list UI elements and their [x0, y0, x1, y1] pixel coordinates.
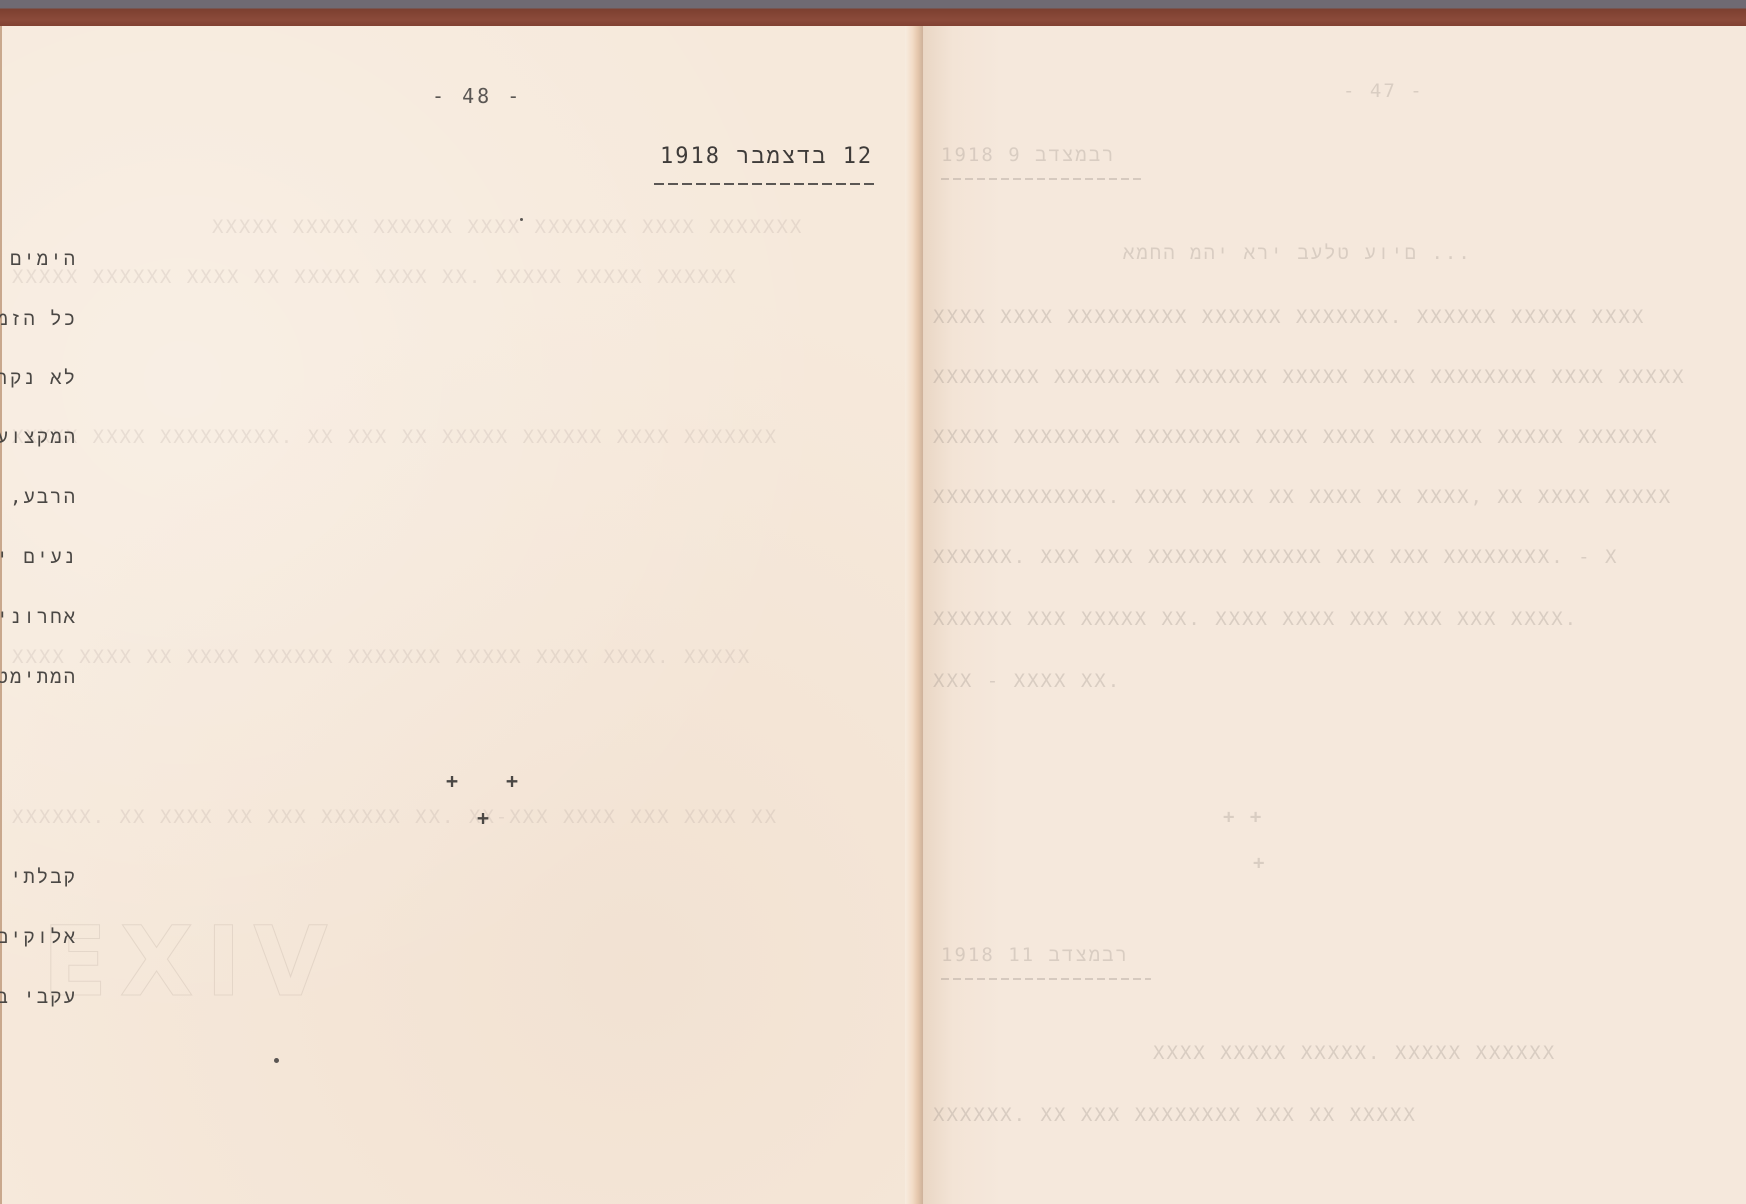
- bleed-through-ornament: + +: [1223, 806, 1263, 828]
- diary-line: אחרונים יושבים אנו, ליזרוב, דולינסקי, וא…: [0, 606, 77, 629]
- diary-line: אלוקים ! ! פאניה, כטדומני תגיע מחר. רוצה…: [0, 926, 77, 949]
- bleed-through-text: XXXXXX XXX XXXXX XX. XXXX XXXX XXX XXX X…: [933, 608, 1578, 630]
- diary-line: נעים יהא לקבלה. אשתדל לענות במקצועות העי…: [0, 546, 77, 569]
- bleed-through-ornament: +: [1253, 852, 1266, 874]
- diary-line: הימים האחרונים חולפים בעצלתים וללא ענין.: [0, 248, 77, 271]
- bleed-through-text: םיוע טלעב ירא יהמ החמא ...: [1123, 242, 1472, 265]
- page-number: - 48 -: [432, 84, 522, 108]
- diary-line: עקבי בהחלטתי .: [0, 986, 77, 1009]
- bleed-through-text: XXXXXX. XX XXXX XX XXX XXXXXX XX. XX-XXX…: [12, 806, 778, 828]
- bleed-through-text: XXXXX XXXXX XXXXXX XXXX XXXXXXX XXXX XXX…: [212, 216, 803, 238]
- bleed-through-text: XXXX XXXXX XXXXX. XXXXX XXXXXX: [1153, 1042, 1556, 1064]
- bleed-through-underline: [941, 978, 1151, 980]
- bleed-through-text: XXXXXX. XX XXX XXXXXXXX XXX XX XXXXX: [933, 1104, 1417, 1126]
- bleed-through-date-heading: 1918 רבמצדב 9: [941, 144, 1116, 167]
- ink-dot: [274, 1058, 279, 1063]
- right-page-number: - 47 -: [1343, 80, 1424, 102]
- bleed-through-text: XXXXXXXX XXXXXXXX XXXXXXX XXXXX XXXX XXX…: [933, 366, 1686, 388]
- book-gutter: [905, 26, 923, 1204]
- book-spread: XXXXX XXXXX XXXXXX XXXX XXXXXXX XXXX XXX…: [0, 0, 1746, 1204]
- bleed-through-text: XXXX XXXX XXXXXXXXX XXXXXX XXXXXXX. XXXX…: [933, 306, 1645, 328]
- diary-line: לא נקראתי לענות, ועתה, באמת לא אדע, כיצד…: [0, 367, 77, 390]
- date-underline: [654, 183, 876, 185]
- left-page: XXXXX XXXXX XXXXXX XXXX XXXXXXX XXXX XXX…: [0, 26, 905, 1204]
- bleed-through-underline: [941, 178, 1141, 180]
- bleed-through-date-heading: 1918 רבמצדב 11: [941, 944, 1129, 967]
- ornament-cross: +: [506, 769, 518, 793]
- right-page: - 47 - 1918 רבמצדב 9 םיוע טלעב ירא יהמ ה…: [923, 26, 1746, 1204]
- diary-line: המתימטיקה עד 12 בלילה.: [0, 666, 77, 689]
- ornament-cross: +: [477, 806, 489, 830]
- diary-line: המקצועות בבת אחת. אני כבר מתחיל לחשוש מפ…: [0, 426, 77, 449]
- bleed-through-text: XXXXX XXXXXX XXXX XX XXXXX XXXX XX. XXXX…: [12, 266, 738, 288]
- diary-line: הרבע, כמובן לא בעד התשובות. אולם תהא אשר…: [0, 486, 77, 509]
- bleed-through-text: XXXXX XXXXXXXX XXXXXXXX XXXX XXXX XXXXXX…: [933, 426, 1659, 448]
- ornament-cross: +: [446, 769, 458, 793]
- watermark: EXIV: [42, 906, 340, 1018]
- bleed-through-text: XXXXXXXXXXXXX. XXXX XXXX XX XXXX XX XXXX…: [933, 486, 1672, 508]
- date-heading: 12 בדצמבר 1918: [660, 144, 873, 170]
- ink-speck: [520, 218, 523, 221]
- bleed-through-text: XXXXX XXXX XXXXXXXXX. XX XXX XX XXXXX XX…: [12, 426, 778, 448]
- diary-line: קבלתי מכתב מאבא. הוא נסע לצפון לרגל עסקי…: [0, 866, 77, 889]
- bleed-through-text: XXXXXX. XXX XXX XXXXXX XXXXXX XXX XXX XX…: [933, 546, 1618, 568]
- bleed-through-text: XXX - XXXX XX.: [933, 670, 1121, 692]
- diary-line: כל הזמן אני מתלמד ורק במקצוע אחד, באלגבר…: [0, 308, 77, 331]
- bleed-through-text: XXXX XXXX XX XXXX XXXXXX XXXXXXX XXXXX X…: [12, 646, 751, 668]
